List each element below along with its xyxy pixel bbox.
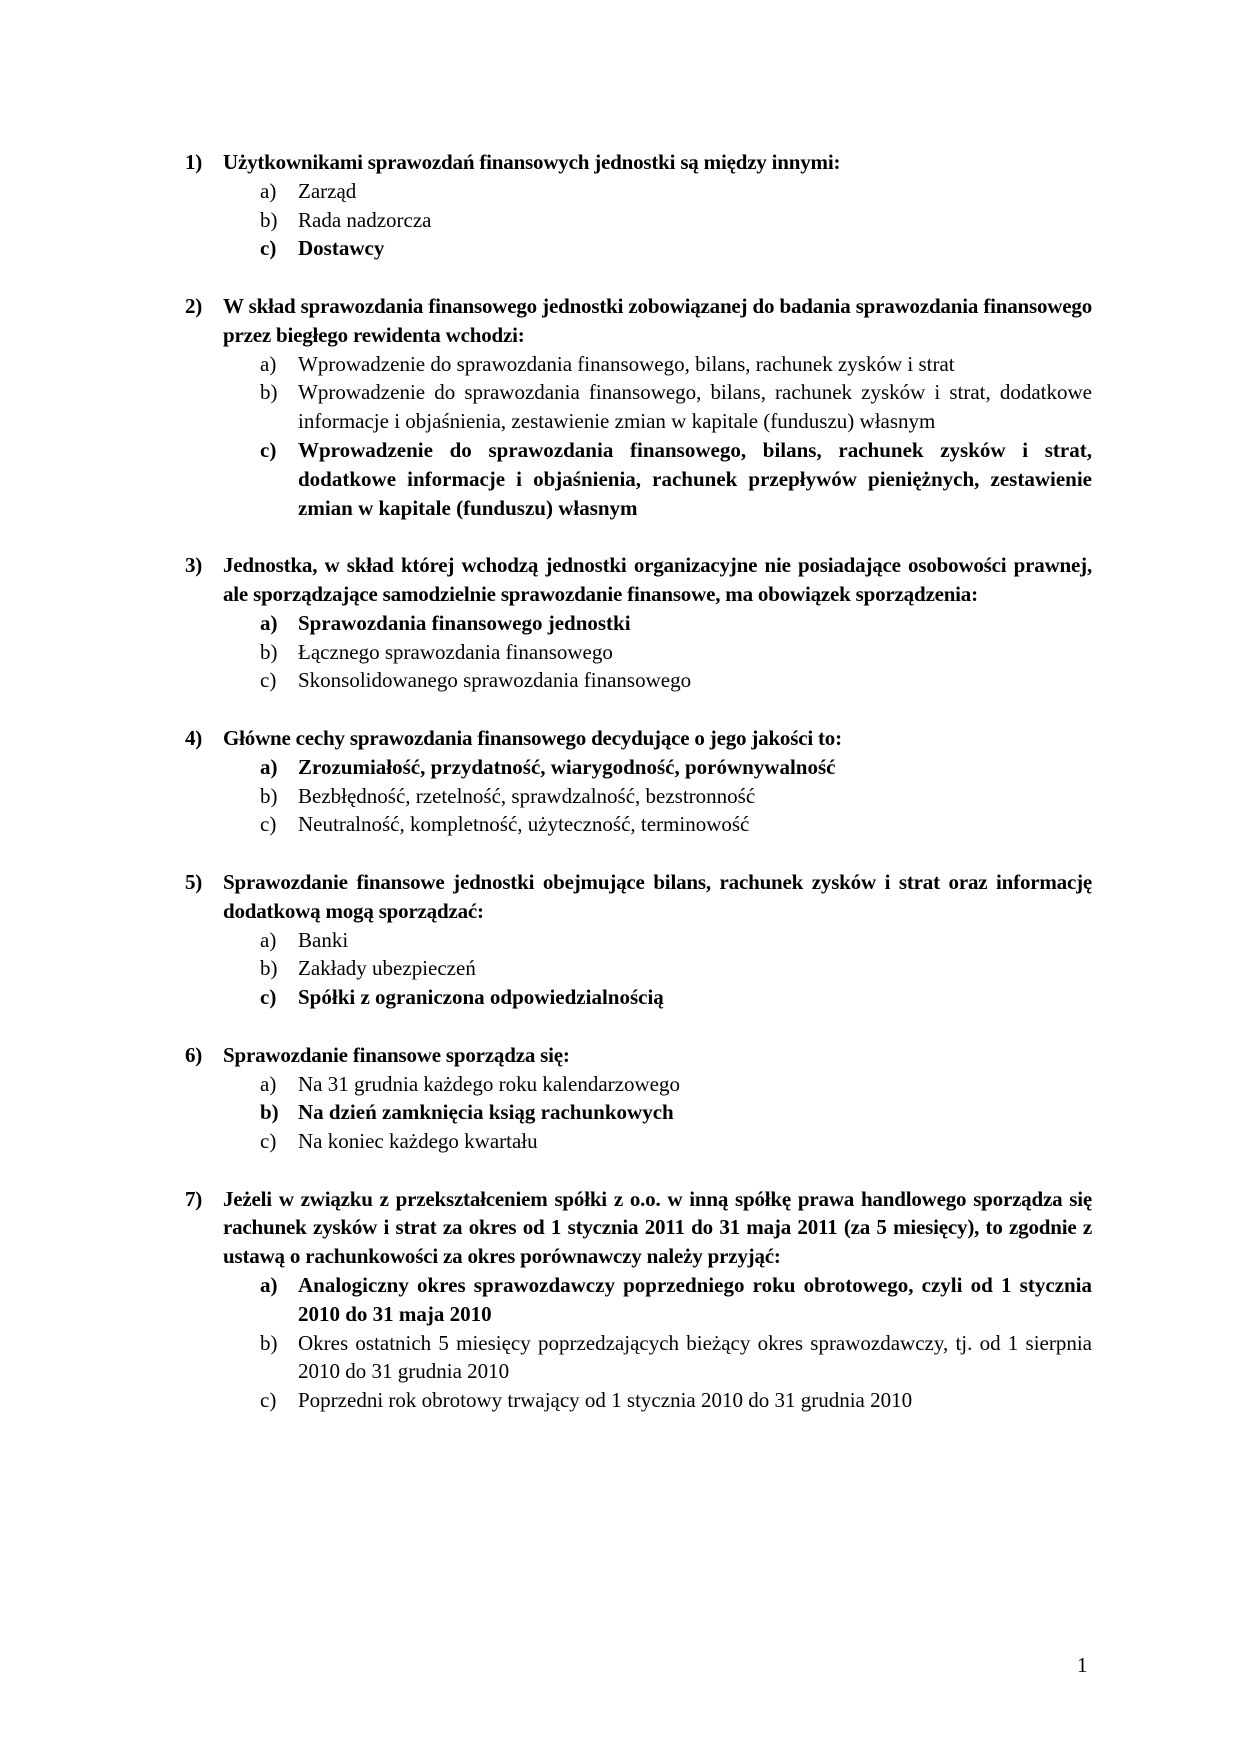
answer-option-3-c: c) Skonsolidowanego sprawozdania finanso… (185, 666, 1092, 695)
option-letter: c) (260, 234, 276, 263)
question-text-block: 2) W skład sprawozdania finansowego jedn… (185, 292, 1092, 350)
option-letter: a) (260, 1070, 276, 1099)
answer-option-6-a: a) Na 31 grudnia każdego roku kalendarzo… (185, 1070, 1092, 1099)
answer-option-3-a: a) Sprawozdania finansowego jednostki (185, 609, 1092, 638)
question-number: 3) (185, 551, 202, 580)
option-text: Analogiczny okres sprawozdawczy poprzedn… (298, 1273, 1092, 1326)
answer-option-2-c: c) Wprowadzenie do sprawozdania finansow… (185, 436, 1092, 522)
question-1: 1) Użytkownikami sprawozdań finansowych … (185, 148, 1092, 263)
answer-option-5-a: a) Banki (185, 926, 1092, 955)
question-text: W skład sprawozdania finansowego jednost… (223, 294, 1092, 347)
option-letter: a) (260, 1271, 278, 1300)
answer-option-6-c: c) Na koniec każdego kwartału (185, 1127, 1092, 1156)
option-text: Wprowadzenie do sprawozdania finansowego… (298, 380, 1092, 433)
question-text-block: 1) Użytkownikami sprawozdań finansowych … (185, 148, 1092, 177)
answer-option-5-b: b) Zakłady ubezpieczeń (185, 954, 1092, 983)
option-letter: b) (260, 638, 278, 667)
option-text: Zrozumiałość, przydatność, wiarygodność,… (298, 755, 835, 779)
answer-option-2-b: b) Wprowadzenie do sprawozdania finansow… (185, 378, 1092, 436)
question-text: Sprawozdanie finansowe sporządza się: (223, 1043, 570, 1067)
option-text: Zarząd (298, 179, 356, 203)
question-number: 5) (185, 868, 202, 897)
question-2: 2) W skład sprawozdania finansowego jedn… (185, 292, 1092, 522)
option-letter: b) (260, 954, 278, 983)
answer-options: a) Zrozumiałość, przydatność, wiarygodno… (185, 753, 1092, 839)
question-number: 4) (185, 724, 202, 753)
answer-option-4-b: b) Bezbłędność, rzetelność, sprawdzalnoś… (185, 782, 1092, 811)
question-3: 3) Jednostka, w skład której wchodzą jed… (185, 551, 1092, 695)
question-text: Główne cechy sprawozdania finansowego de… (223, 726, 842, 750)
option-letter: c) (260, 436, 276, 465)
answer-options: a) Zarząd b) Rada nadzorcza c) Dostawcy (185, 177, 1092, 263)
option-text: Na 31 grudnia każdego roku kalendarzoweg… (298, 1072, 680, 1096)
question-number: 7) (185, 1185, 202, 1214)
answer-option-1-b: b) Rada nadzorcza (185, 206, 1092, 235)
option-text: Łącznego sprawozdania finansowego (298, 640, 613, 664)
option-text: Okres ostatnich 5 miesięcy poprzedzający… (298, 1331, 1092, 1384)
answer-options: a) Banki b) Zakłady ubezpieczeń c) Spółk… (185, 926, 1092, 1012)
option-text: Neutralność, kompletność, użyteczność, t… (298, 812, 749, 836)
option-text: Na dzień zamknięcia ksiąg rachunkowych (298, 1100, 674, 1124)
question-4: 4) Główne cechy sprawozdania finansowego… (185, 724, 1092, 839)
question-number: 2) (185, 292, 202, 321)
option-letter: a) (260, 609, 278, 638)
answer-option-3-b: b) Łącznego sprawozdania finansowego (185, 638, 1092, 667)
question-text-block: 3) Jednostka, w skład której wchodzą jed… (185, 551, 1092, 609)
question-number: 6) (185, 1041, 202, 1070)
question-text: Jednostka, w skład której wchodzą jednos… (223, 553, 1092, 606)
option-text: Na koniec każdego kwartału (298, 1129, 538, 1153)
question-6: 6) Sprawozdanie finansowe sporządza się:… (185, 1041, 1092, 1156)
question-text-block: 7) Jeżeli w związku z przekształceniem s… (185, 1185, 1092, 1271)
option-letter: c) (260, 983, 276, 1012)
option-letter: b) (260, 782, 278, 811)
answer-option-1-a: a) Zarząd (185, 177, 1092, 206)
option-text: Poprzedni rok obrotowy trwający od 1 sty… (298, 1388, 912, 1412)
question-text-block: 6) Sprawozdanie finansowe sporządza się: (185, 1041, 1092, 1070)
question-text: Jeżeli w związku z przekształceniem spół… (223, 1187, 1092, 1269)
option-text: Wprowadzenie do sprawozdania finansowego… (298, 438, 1092, 520)
option-letter: c) (260, 1127, 276, 1156)
option-letter: c) (260, 666, 276, 695)
answer-options: a) Wprowadzenie do sprawozdania finansow… (185, 350, 1092, 523)
option-letter: a) (260, 177, 276, 206)
answer-option-7-c: c) Poprzedni rok obrotowy trwający od 1 … (185, 1386, 1092, 1415)
answer-option-6-b: b) Na dzień zamknięcia ksiąg rachunkowyc… (185, 1098, 1092, 1127)
question-text: Sprawozdanie finansowe jednostki obejmuj… (223, 870, 1092, 923)
question-5: 5) Sprawozdanie finansowe jednostki obej… (185, 868, 1092, 1012)
page-number: 1 (1077, 1651, 1088, 1679)
option-letter: c) (260, 810, 276, 839)
answer-option-7-b: b) Okres ostatnich 5 miesięcy poprzedzaj… (185, 1329, 1092, 1387)
option-letter: a) (260, 753, 278, 782)
option-letter: c) (260, 1386, 276, 1415)
answer-options: a) Na 31 grudnia każdego roku kalendarzo… (185, 1070, 1092, 1156)
question-text-block: 5) Sprawozdanie finansowe jednostki obej… (185, 868, 1092, 926)
option-text: Spółki z ograniczona odpowiedzialnością (298, 985, 664, 1009)
answer-option-2-a: a) Wprowadzenie do sprawozdania finansow… (185, 350, 1092, 379)
option-text: Dostawcy (298, 236, 384, 260)
option-letter: b) (260, 1329, 278, 1358)
question-7: 7) Jeżeli w związku z przekształceniem s… (185, 1185, 1092, 1415)
option-letter: a) (260, 350, 276, 379)
option-text: Sprawozdania finansowego jednostki (298, 611, 631, 635)
answer-option-5-c: c) Spółki z ograniczona odpowiedzialnośc… (185, 983, 1092, 1012)
answer-option-4-c: c) Neutralność, kompletność, użyteczność… (185, 810, 1092, 839)
answer-option-4-a: a) Zrozumiałość, przydatność, wiarygodno… (185, 753, 1092, 782)
option-letter: b) (260, 1098, 279, 1127)
option-text: Banki (298, 928, 348, 952)
option-letter: a) (260, 926, 276, 955)
option-letter: b) (260, 206, 278, 235)
option-text: Zakłady ubezpieczeń (298, 956, 476, 980)
document-page: 1) Użytkownikami sprawozdań finansowych … (0, 0, 1240, 1754)
option-letter: b) (260, 378, 278, 407)
questions-root: 1) Użytkownikami sprawozdań finansowych … (185, 148, 1092, 1415)
question-text: Użytkownikami sprawozdań finansowych jed… (223, 150, 840, 174)
question-list: 1) Użytkownikami sprawozdań finansowych … (185, 148, 1092, 1444)
answer-option-7-a: a) Analogiczny okres sprawozdawczy poprz… (185, 1271, 1092, 1329)
option-text: Bezbłędność, rzetelność, sprawdzalność, … (298, 784, 755, 808)
question-text-block: 4) Główne cechy sprawozdania finansowego… (185, 724, 1092, 753)
option-text: Wprowadzenie do sprawozdania finansowego… (298, 352, 955, 376)
option-text: Rada nadzorcza (298, 208, 432, 232)
option-text: Skonsolidowanego sprawozdania finansoweg… (298, 668, 691, 692)
question-number: 1) (185, 148, 202, 177)
answer-options: a) Analogiczny okres sprawozdawczy poprz… (185, 1271, 1092, 1415)
answer-options: a) Sprawozdania finansowego jednostki b)… (185, 609, 1092, 695)
answer-option-1-c: c) Dostawcy (185, 234, 1092, 263)
